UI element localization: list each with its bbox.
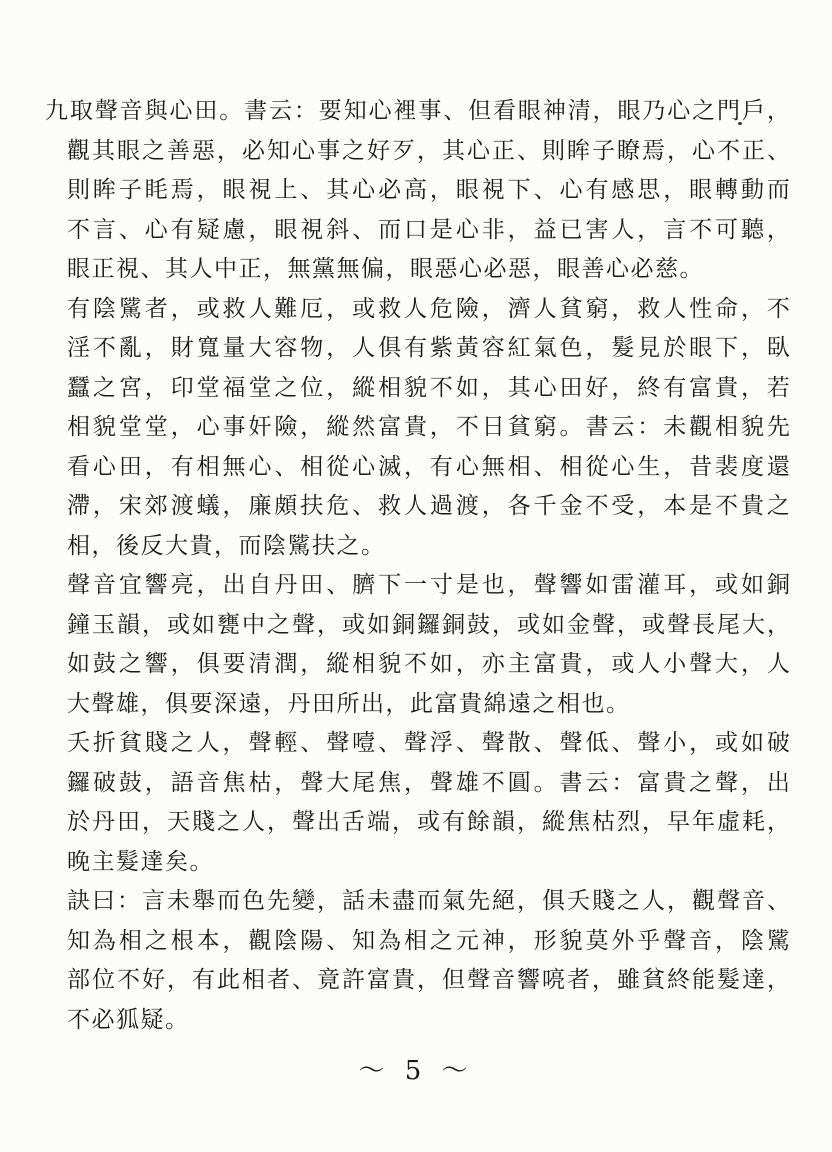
text-line: 晚主髮達矣。 bbox=[67, 843, 790, 883]
paragraph: 九取聲音與心田。書云：要知心裡事、但看眼神清，眼乃心之門戶，觀其眼之善惡，必知心… bbox=[67, 92, 790, 290]
text-line: 有陰騭者，或救人難厄，或救人危險，濟人貧窮，救人性命，不 bbox=[67, 290, 790, 330]
text-line: 夭折貧賤之人，聲輕、聲噎、聲浮、聲散、聲低、聲小，或如破 bbox=[67, 724, 790, 764]
text-line: 九取聲音與心田。書云：要知心裡事、但看眼神清，眼乃心之門戶， bbox=[45, 92, 790, 132]
text-line: 聲音宜響亮，出自丹田、臍下一寸是也，聲響如雷灌耳，或如銅 bbox=[67, 566, 790, 606]
text-line: 相貌堂堂，心事奸險，縱然富貴，不日貧窮。書云：未觀相貌先 bbox=[67, 408, 790, 448]
text-line: 知為相之根本，觀陰陽、知為相之元神，形貌莫外乎聲音，陰騭 bbox=[67, 922, 790, 962]
text-line: 則眸子眊焉，眼視上、其心必高，眼視下、心有感思，眼轉動而 bbox=[67, 171, 790, 211]
text-line: 相，後反大貴，而陰騭扶之。 bbox=[67, 527, 790, 567]
text-line: 如鼓之響，俱要清潤，縱相貌不如，亦主富貴，或人小聲大，人 bbox=[67, 645, 790, 685]
text-line: 鐘玉韻，或如甕中之聲，或如銅鑼銅鼓，或如金聲，或聲長尾大， bbox=[67, 606, 790, 646]
scanned-page: 九取聲音與心田。書云：要知心裡事、但看眼神清，眼乃心之門戶，觀其眼之善惡，必知心… bbox=[0, 0, 832, 1152]
page-number: ～ 5 ～ bbox=[0, 1050, 832, 1087]
paragraph: 夭折貧賤之人，聲輕、聲噎、聲浮、聲散、聲低、聲小，或如破鑼破鼓，語音焦枯，聲大尾… bbox=[67, 724, 790, 882]
text-line: 滯，宋郊渡蟻，廉頗扶危、救人過渡，各千金不受，本是不貴之 bbox=[67, 487, 790, 527]
text-line: 於丹田，天賤之人，聲出舌端，或有餘韻，縱焦枯烈，早年虛耗， bbox=[67, 803, 790, 843]
text-line: 不言、心有疑慮，眼視斜、而口是心非，益已害人，言不可聽， bbox=[67, 211, 790, 251]
document-body: 九取聲音與心田。書云：要知心裡事、但看眼神清，眼乃心之門戶，觀其眼之善惡，必知心… bbox=[67, 92, 790, 1040]
scan-speck bbox=[738, 122, 742, 125]
paragraph: 聲音宜響亮，出自丹田、臍下一寸是也，聲響如雷灌耳，或如銅鐘玉韻，或如甕中之聲，或… bbox=[67, 566, 790, 724]
text-line: 看心田，有相無心、相從心滅，有心無相、相從心生，昔裴度還 bbox=[67, 448, 790, 488]
text-line: 不必狐疑。 bbox=[67, 1001, 790, 1041]
paragraph: 訣曰：言未舉而色先變，話未盡而氣先絕，俱夭賤之人，觀聲音、知為相之根本，觀陰陽、… bbox=[67, 882, 790, 1040]
text-line: 淫不亂，財寬量大容物，人俱有紫黃容紅氣色，髮見於眼下，臥 bbox=[67, 329, 790, 369]
text-line: 大聲雄，俱要深遠，丹田所出，此富貴綿遠之相也。 bbox=[67, 685, 790, 725]
text-line: 部位不好，有此相者、竟許富貴，但聲音響喨者，雖貧終能髮達， bbox=[67, 961, 790, 1001]
text-line: 鑼破鼓，語音焦枯，聲大尾焦，聲雄不圓。書云：富貴之聲，出 bbox=[67, 764, 790, 804]
text-line: 訣曰：言未舉而色先變，話未盡而氣先絕，俱夭賤之人，觀聲音、 bbox=[67, 882, 790, 922]
text-line: 蠶之宮，印堂福堂之位，縱相貌不如，其心田好，終有富貴，若 bbox=[67, 369, 790, 409]
text-line: 眼正視、其人中正，無黨無偏，眼惡心必惡，眼善心必慈。 bbox=[67, 250, 790, 290]
text-line: 觀其眼之善惡，必知心事之好歹，其心正、則眸子瞭焉，心不正、 bbox=[67, 132, 790, 172]
paragraph: 有陰騭者，或救人難厄，或救人危險，濟人貧窮，救人性命，不淫不亂，財寬量大容物，人… bbox=[67, 290, 790, 567]
